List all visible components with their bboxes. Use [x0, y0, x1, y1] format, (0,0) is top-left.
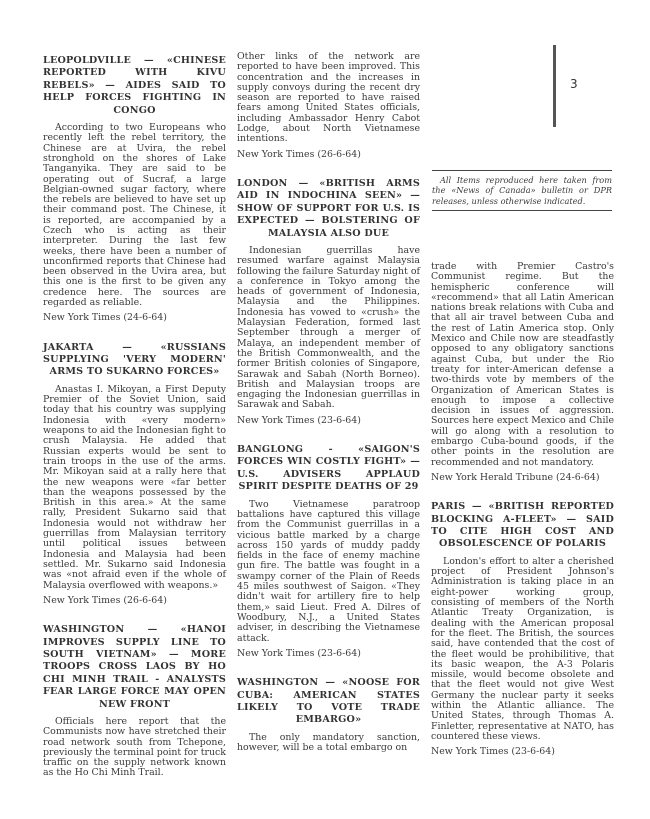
- article-body: The only mandatory sanction, however, wi…: [237, 733, 420, 754]
- article-source: New York Times (26-6-64): [43, 596, 226, 606]
- article-body-continued: trade with Premier Castro's Communist re…: [431, 262, 614, 468]
- article-leopoldville: LEOPOLDVILLE — «CHINESE REPORTED WITH KI…: [43, 55, 226, 324]
- editorial-note-text: All Items reproduced here taken from the…: [432, 175, 612, 206]
- article-london: LONDON — «BRITISH ARMS AID IN INDOCHINA …: [237, 178, 420, 426]
- article-source: New York Times (24-6-64): [43, 313, 226, 323]
- article-paris: PARIS — «BRITISH REPORTED BLOCKING A-FLE…: [431, 501, 614, 757]
- article-washington-hanoi-cont: Other links of the network are reported …: [237, 52, 420, 160]
- article-source: New York Times (23-6-64): [237, 416, 420, 426]
- article-body-continued: Other links of the network are reported …: [237, 52, 420, 145]
- article-washington-cuba: WASHINGTON — «NOOSE FOR CUBA: AMERICAN S…: [237, 677, 420, 753]
- headline: WASHINGTON — «HANOI IMPROVES SUPPLY LINE…: [43, 624, 226, 711]
- page-number: 3: [570, 77, 578, 91]
- article-body: Indonesian guerrillas have resumed warfa…: [237, 246, 420, 411]
- article-banglong: BANGLONG - «SAIGON'S FORCES WIN COSTLY F…: [237, 444, 420, 659]
- article-source: New York Times (23-6-64): [237, 649, 420, 659]
- headline: PARIS — «BRITISH REPORTED BLOCKING A-FLE…: [431, 501, 614, 551]
- column-2: Other links of the network are reported …: [237, 52, 420, 771]
- headline: WASHINGTON — «NOOSE FOR CUBA: AMERICAN S…: [237, 677, 420, 727]
- column-3: trade with Premier Castro's Communist re…: [431, 262, 614, 776]
- article-source: New York Herald Tribune (24-6-64): [431, 473, 614, 483]
- headline: LEOPOLDVILLE — «CHINESE REPORTED WITH KI…: [43, 55, 226, 117]
- article-washington-cuba-cont: trade with Premier Castro's Communist re…: [431, 262, 614, 483]
- article-body: According to two Europeans who recently …: [43, 123, 226, 308]
- article-jakarta: JAKARTA — «RUSSIANS SUPPLYING 'VERY MODE…: [43, 342, 226, 606]
- article-body: Officials here report that the Communist…: [43, 717, 226, 779]
- headline: BANGLONG - «SAIGON'S FORCES WIN COSTLY F…: [237, 444, 420, 494]
- article-source: New York Times (23-6-64): [431, 747, 614, 757]
- article-body: Two Vietnamese paratroop battalions have…: [237, 500, 420, 644]
- headline: LONDON — «BRITISH ARMS AID IN INDOCHINA …: [237, 178, 420, 240]
- page-number-rule: [553, 45, 556, 127]
- article-body: Anastas I. Mikoyan, a First Deputy Premi…: [43, 385, 226, 591]
- article-body: London's effort to alter a cherished pro…: [431, 557, 614, 742]
- editorial-note: All Items reproduced here taken from the…: [432, 170, 612, 211]
- column-1: LEOPOLDVILLE — «CHINESE REPORTED WITH KI…: [43, 55, 226, 797]
- article-washington-hanoi: WASHINGTON — «HANOI IMPROVES SUPPLY LINE…: [43, 624, 226, 779]
- article-source: New York Times (26-6-64): [237, 150, 420, 160]
- headline: JAKARTA — «RUSSIANS SUPPLYING 'VERY MODE…: [43, 342, 226, 379]
